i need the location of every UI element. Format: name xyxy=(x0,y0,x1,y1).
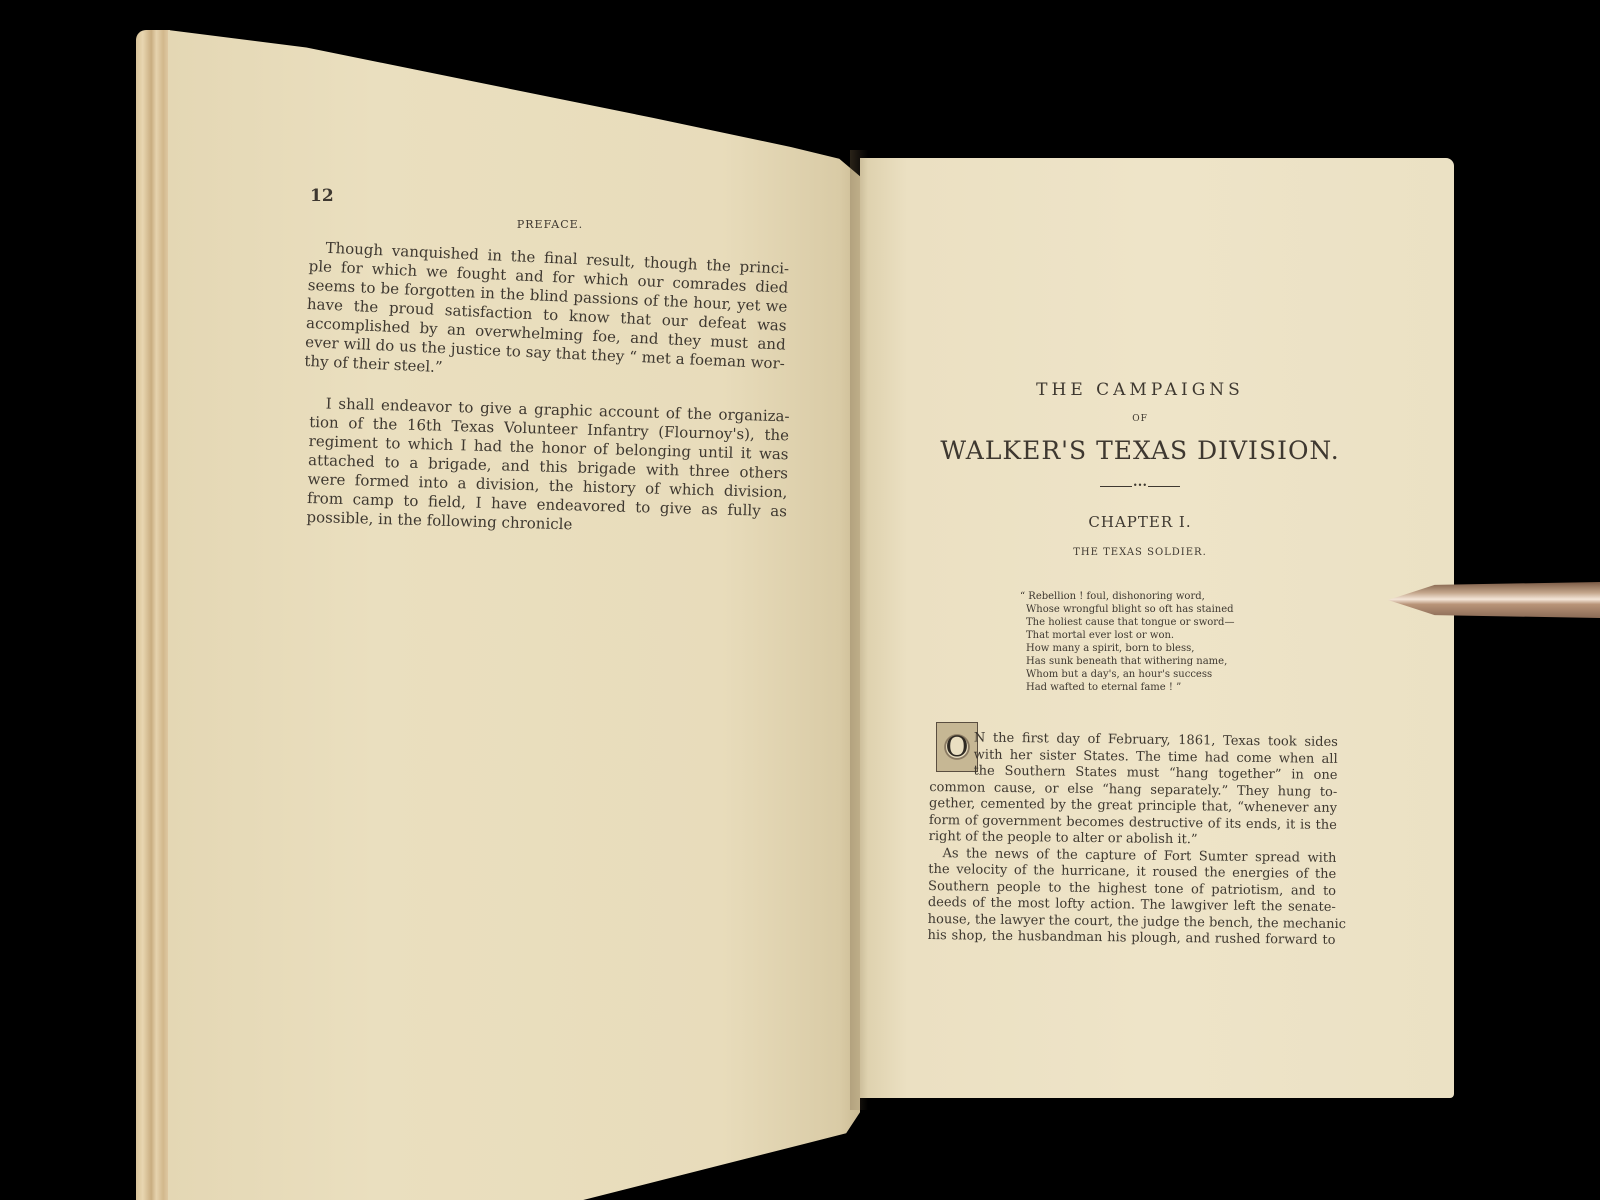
book-title-line-1: THE CAMPAIGNS xyxy=(940,380,1340,400)
chapter-opening: THE CAMPAIGNS OF WALKER'S TEXAS DIVISION… xyxy=(940,380,1340,558)
poem-line: Had wafted to eternal fame ! ” xyxy=(1020,681,1234,694)
chapter-subtitle: THE TEXAS SOLDIER. xyxy=(940,547,1340,558)
left-page xyxy=(168,30,860,1200)
ornament-dots: ••• xyxy=(1132,483,1148,489)
epigraph-poem: “ Rebellion ! foul, dishonoring word, Wh… xyxy=(1020,590,1234,694)
book-gutter xyxy=(850,150,868,1110)
poem-line: “ Rebellion ! foul, dishonoring word, xyxy=(1020,590,1234,603)
poem-line: Has sunk beneath that withering name, xyxy=(1020,655,1234,668)
preface-paragraph-1: Though vanquished in the final result, t… xyxy=(304,238,790,393)
ornament-rule: ••• xyxy=(1100,483,1180,489)
book-page-edges xyxy=(136,30,170,1200)
poem-line: Whose wrongful blight so oft has stained xyxy=(1020,603,1234,616)
poem-line: That mortal ever lost or won. xyxy=(1020,629,1234,642)
page-number: 12 xyxy=(310,186,334,206)
photo-scene: 12 PREFACE. Though vanquished in the fin… xyxy=(0,0,1600,1200)
poem-line: How many a spirit, born to bless, xyxy=(1020,642,1234,655)
poem-line: Whom but a day's, an hour's success xyxy=(1020,668,1234,681)
chapter-heading: CHAPTER I. xyxy=(940,513,1340,531)
running-head: PREFACE. xyxy=(310,218,790,231)
book-title-line-2: WALKER'S TEXAS DIVISION. xyxy=(940,436,1340,465)
book-title-of: OF xyxy=(940,414,1340,424)
chapter-body-text: N the first day of February, 1861, Texas… xyxy=(927,730,1338,949)
poem-line: The holiest cause that tongue or sword— xyxy=(1020,616,1234,629)
preface-paragraph-2: I shall endeavor to give a graphic accou… xyxy=(306,394,790,540)
